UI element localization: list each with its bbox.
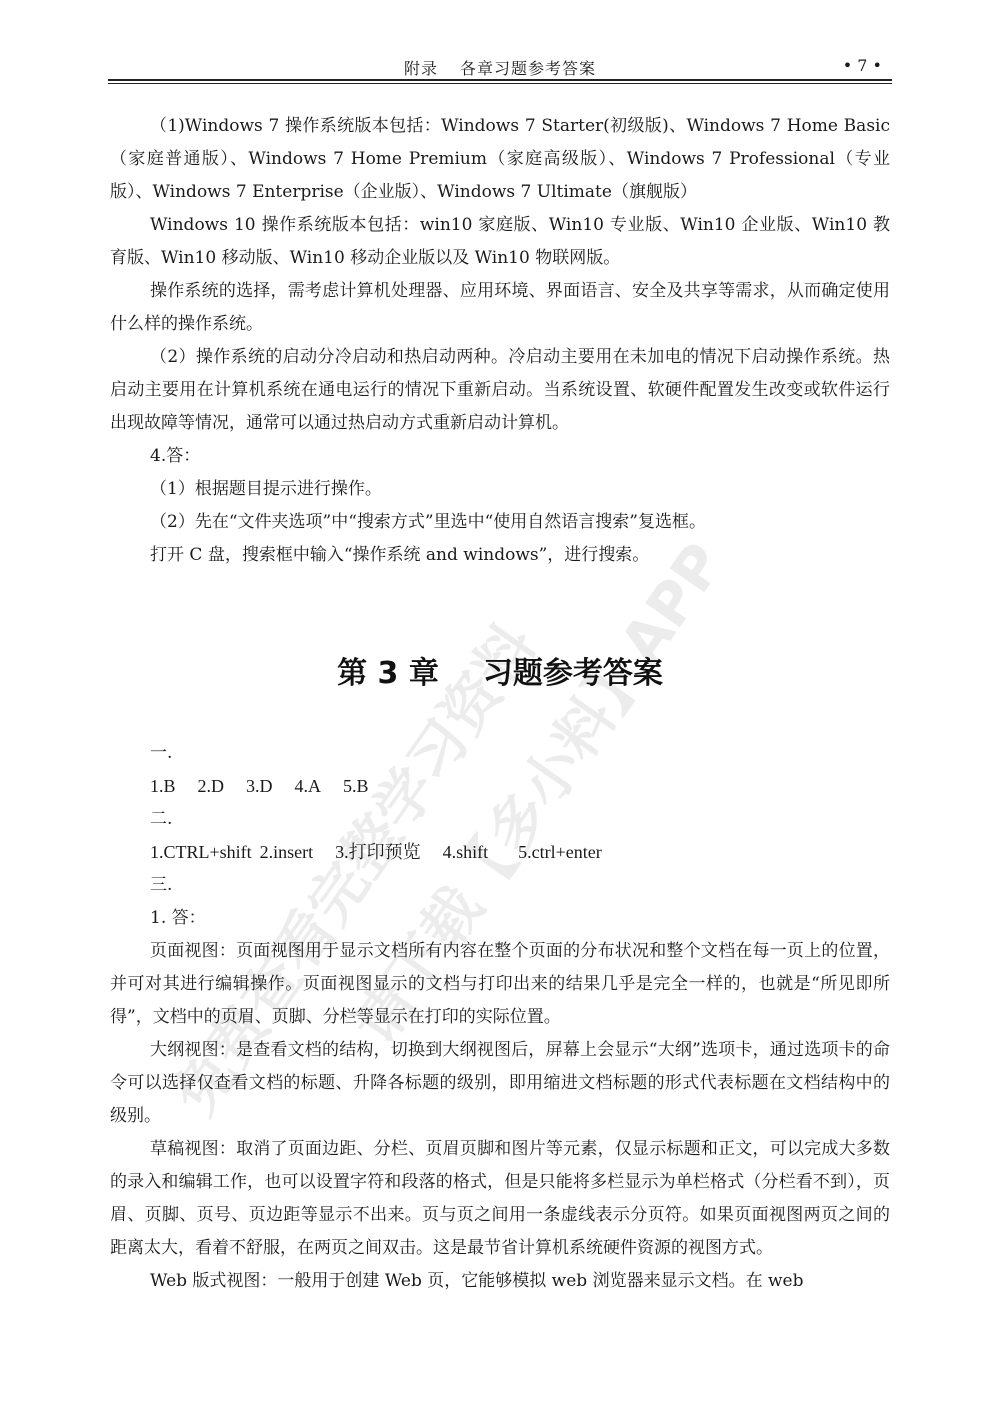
question-4-label: 4.答：: [110, 440, 890, 473]
header-title: 各章习题参考答案: [460, 59, 596, 78]
q4-answer-3: 打开 C 盘，搜索框中输入“操作系统 and windows”，进行搜索。: [110, 539, 890, 572]
paragraph-os-selection: 操作系统的选择，需考虑计算机处理器、应用环境、界面语言、安全及共享等需求，从而确…: [110, 275, 890, 341]
q4-answer-2: （2）先在“文件夹选项”中“搜索方式”里选中“使用自然语言搜索”复选框。: [110, 506, 890, 539]
section-1-label: 一.: [110, 737, 890, 770]
section-3-label: 三.: [110, 869, 890, 902]
part1-body: （1)Windows 7 操作系统版本包括：Windows 7 Starter(…: [110, 110, 890, 572]
chapter-title: 习题参考答案: [483, 656, 663, 691]
answer-item: 2.D: [198, 776, 225, 796]
chapter-number: 第 3 章: [337, 656, 439, 691]
section-2-answers: 1.CTRL+shift2.insert3.打印预览4.shift5.ctrl+…: [110, 836, 890, 869]
answer-item: 1.B: [150, 776, 176, 796]
paragraph-draft-view: 草稿视图：取消了页面边距、分栏、页眉页脚和图片等元素，仅显示标题和正文，可以完成…: [110, 1133, 890, 1265]
paragraph-win10-versions: Windows 10 操作系统版本包括：win10 家庭版、Win10 专业版、…: [110, 209, 890, 275]
paragraph-win7-versions: （1)Windows 7 操作系统版本包括：Windows 7 Starter(…: [110, 110, 890, 209]
part2-body: 一. 1.B2.D3.D4.A5.B 二. 1.CTRL+shift2.inse…: [110, 737, 890, 1298]
answer-item: 3.打印预览: [335, 842, 421, 862]
answer-item: 3.D: [246, 776, 273, 796]
answer-item: 5.B: [343, 776, 369, 796]
section-1-answers: 1.B2.D3.D4.A5.B: [110, 770, 890, 803]
header-rule-thick: [108, 79, 892, 81]
paragraph-outline-view: 大纲视图：是查看文档的结构，切换到大纲视图后，屏幕上会显示“大纲”选项卡，通过选…: [110, 1034, 890, 1133]
answer-item: 5.ctrl+enter: [518, 842, 602, 862]
page-header: 附录各章习题参考答案 • 7 •: [108, 52, 892, 82]
q4-answer-1: （1）根据题目提示进行操作。: [110, 473, 890, 506]
answer-item: 2.insert: [260, 842, 314, 862]
paragraph-web-view: Web 版式视图：一般用于创建 Web 页，它能够模拟 web 浏览器来显示文档…: [110, 1265, 890, 1298]
answer-item: 1.CTRL+shift: [150, 842, 252, 862]
paragraph-os-startup: （2）操作系统的启动分冷启动和热启动两种。冷启动主要用在未加电的情况下启动操作系…: [110, 341, 890, 440]
section-2-label: 二.: [110, 803, 890, 836]
chapter-heading: 第 3 章习题参考答案: [0, 648, 1000, 692]
answer-item: 4.shift: [443, 842, 489, 862]
answer-item: 4.A: [295, 776, 322, 796]
question-1-label: 1. 答：: [110, 902, 890, 935]
paragraph-page-view: 页面视图：页面视图用于显示文档所有内容在整个页面的分布状况和整个文档在每一页上的…: [110, 935, 890, 1034]
running-title: 附录各章习题参考答案: [108, 56, 892, 79]
header-rule-thin: [108, 83, 892, 84]
header-section: 附录: [404, 59, 438, 78]
page-number: • 7 •: [843, 56, 882, 75]
